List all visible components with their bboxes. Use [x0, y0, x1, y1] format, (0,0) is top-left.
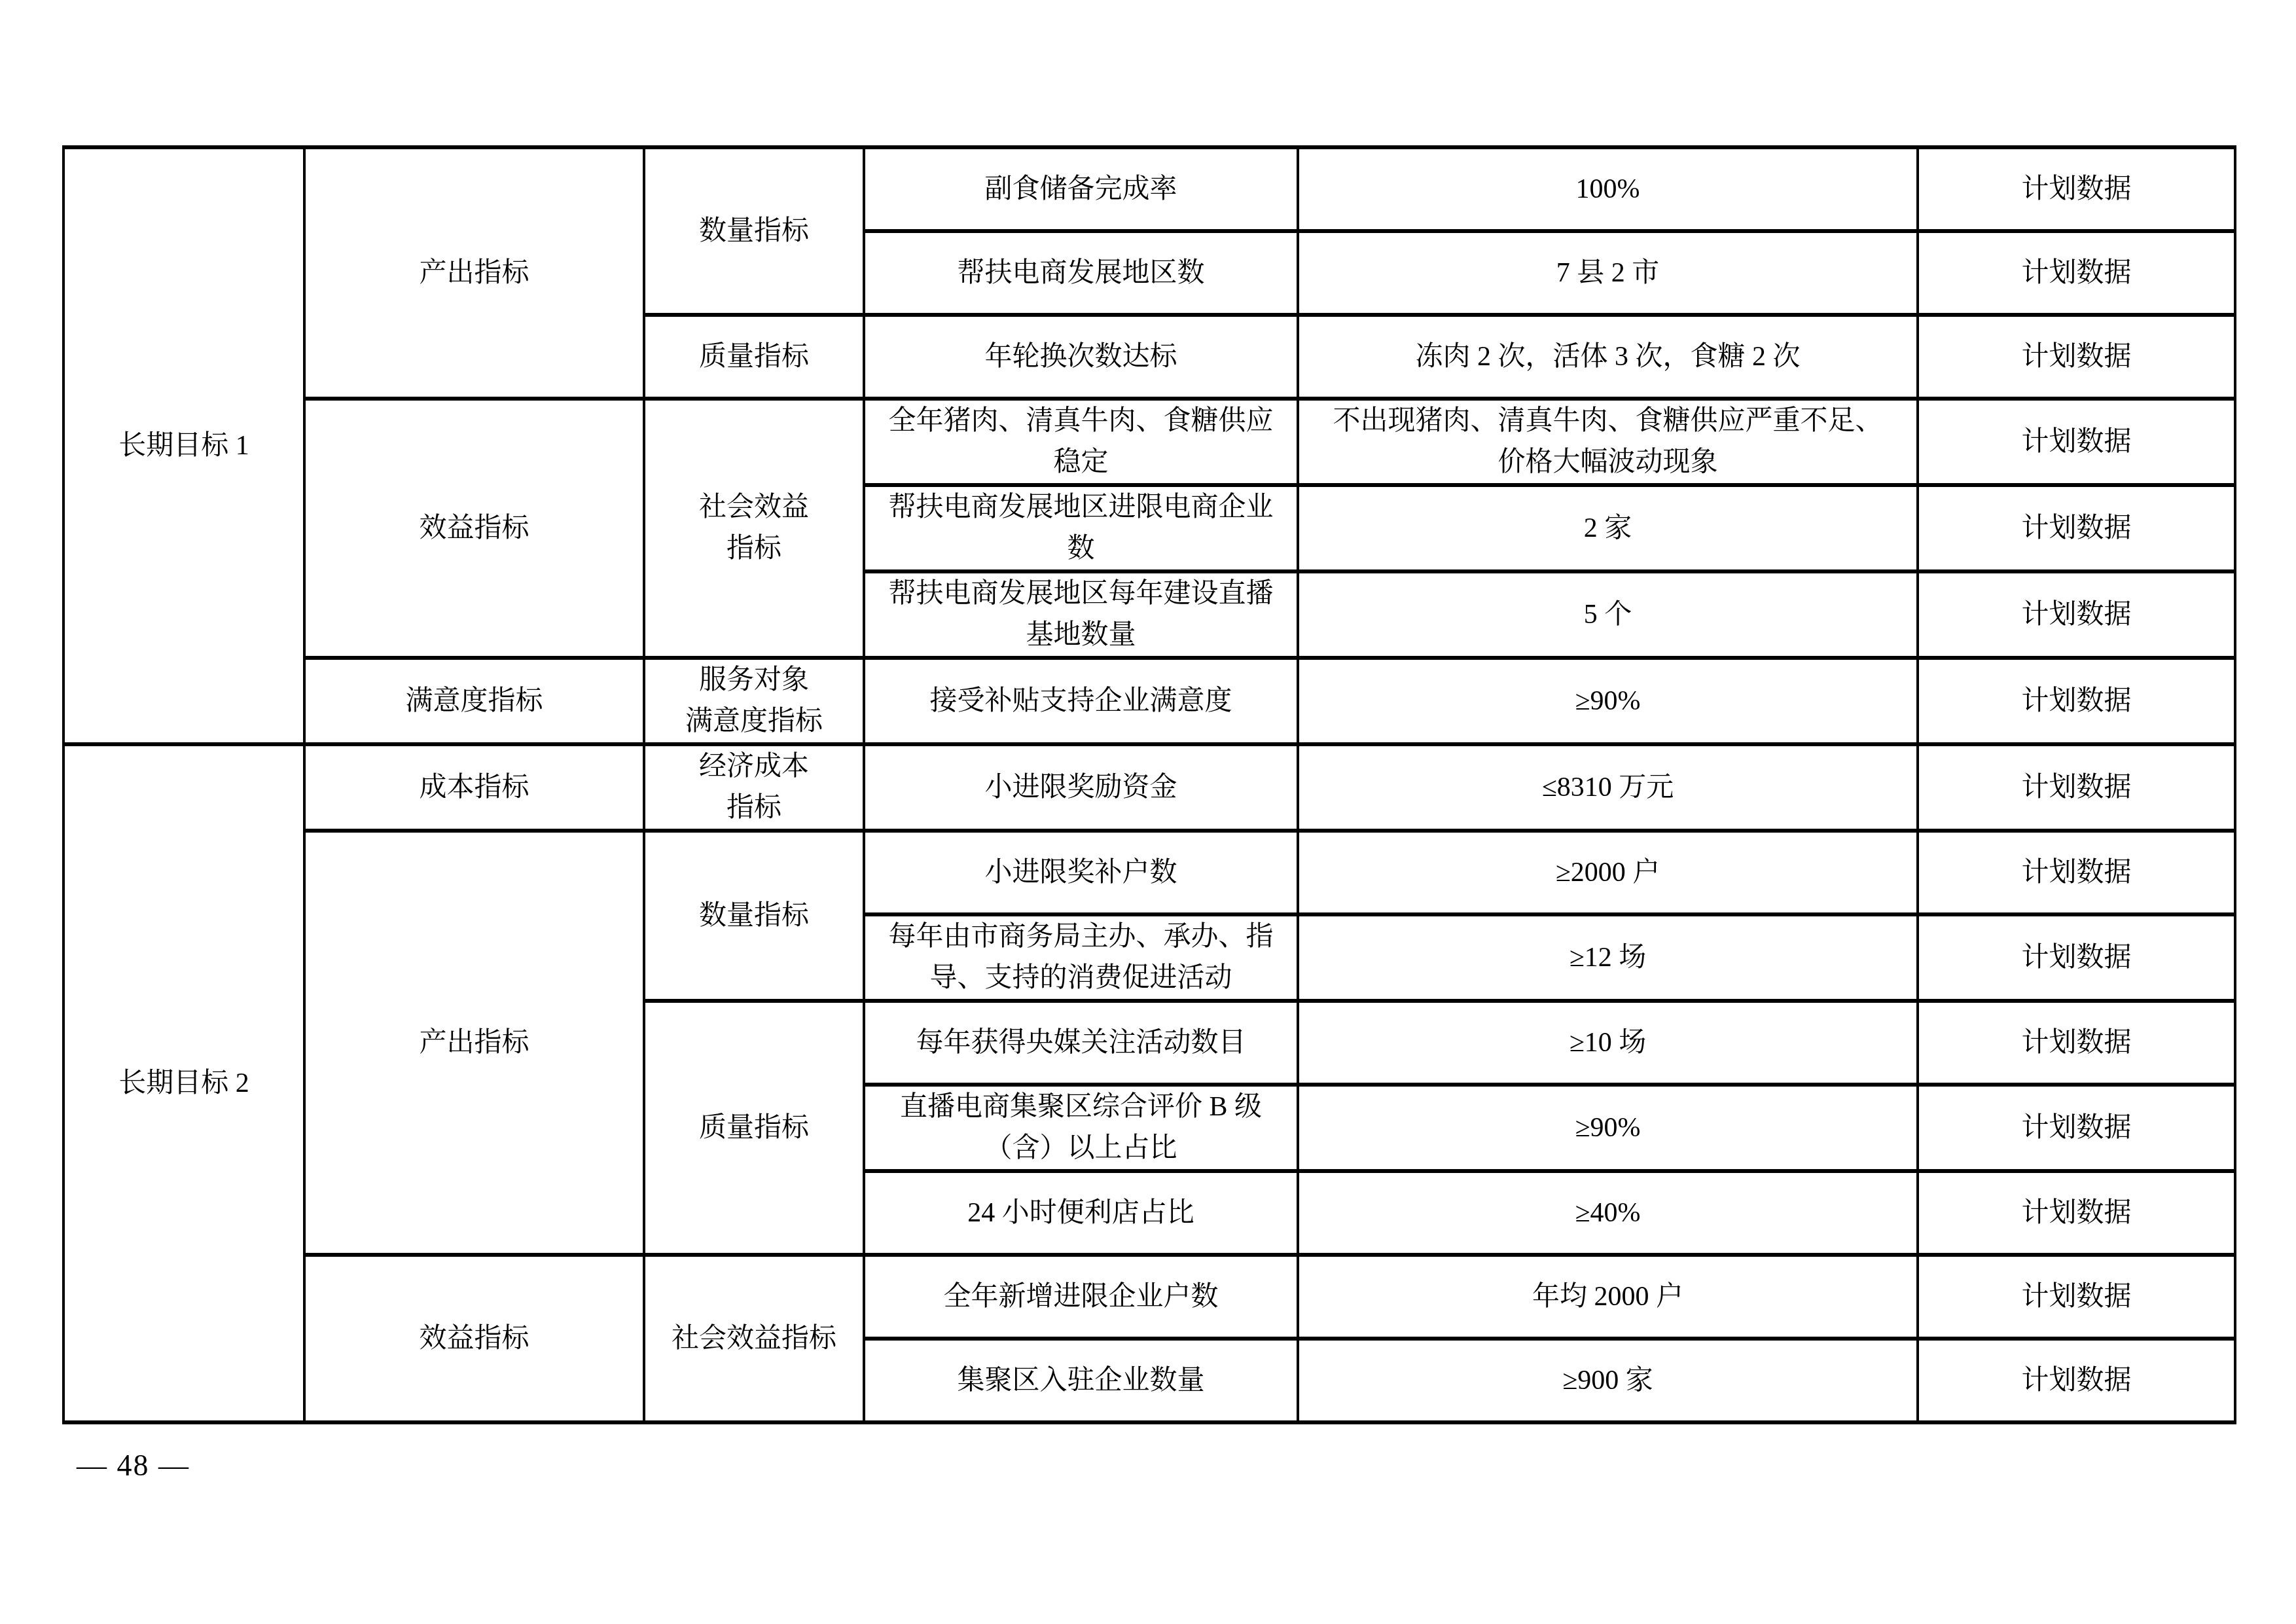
data-source-cell: 计划数据	[1918, 399, 2235, 485]
indicator-value-cell: ≤8310 万元	[1298, 744, 1918, 831]
performance-indicators-table: 长期目标 1 产出指标 数量指标 副食储备完成率 100% 计划数据 帮扶电商发…	[62, 145, 2236, 1424]
table-row: 产出指标 数量指标 小进限奖补户数 ≥2000 户 计划数据	[63, 831, 2235, 914]
indicator-value-cell: 不出现猪肉、清真牛肉、食糖供应严重不足、 价格大幅波动现象	[1298, 399, 1918, 485]
indicator-value-cell: 年均 2000 户	[1298, 1255, 1918, 1339]
indicator-name-cell: 全年新增进限企业户数	[864, 1255, 1298, 1339]
table-row: 效益指标 社会效益指标 全年新增进限企业户数 年均 2000 户 计划数据	[63, 1255, 2235, 1339]
indicator-name-cell: 小进限奖补户数	[864, 831, 1298, 914]
table-row: 长期目标 2 成本指标 经济成本 指标 小进限奖励资金 ≤8310 万元 计划数…	[63, 744, 2235, 831]
indicator-value-cell: ≥10 场	[1298, 1001, 1918, 1085]
category-cost-cell: 成本指标	[304, 744, 644, 831]
data-source-cell: 计划数据	[1918, 1001, 2235, 1085]
indicator-name-cell: 帮扶电商发展地区数	[864, 231, 1298, 315]
indicator-name-cell: 帮扶电商发展地区进限电商企业 数	[864, 485, 1298, 571]
sub-social-benefit-cell: 社会效益 指标	[644, 399, 864, 658]
data-source-cell: 计划数据	[1918, 485, 2235, 571]
indicator-value-cell: ≥900 家	[1298, 1339, 1918, 1422]
data-source-cell: 计划数据	[1918, 1171, 2235, 1255]
category-satisfaction-cell: 满意度指标	[304, 658, 644, 744]
indicator-value-cell: ≥90%	[1298, 1085, 1918, 1171]
indicator-name-cell: 直播电商集聚区综合评价 B 级 （含）以上占比	[864, 1085, 1298, 1171]
indicator-value-cell: ≥12 场	[1298, 914, 1918, 1001]
data-source-cell: 计划数据	[1918, 914, 2235, 1001]
data-source-cell: 计划数据	[1918, 658, 2235, 744]
sub-service-satisfaction-cell: 服务对象 满意度指标	[644, 658, 864, 744]
goal-1-cell: 长期目标 1	[63, 147, 304, 744]
category-output-cell: 产出指标	[304, 831, 644, 1255]
indicator-name-cell: 年轮换次数达标	[864, 315, 1298, 399]
data-source-cell: 计划数据	[1918, 831, 2235, 914]
table-row: 长期目标 1 产出指标 数量指标 副食储备完成率 100% 计划数据	[63, 147, 2235, 231]
indicator-name-cell: 接受补贴支持企业满意度	[864, 658, 1298, 744]
indicator-name-cell: 小进限奖励资金	[864, 744, 1298, 831]
indicator-value-cell: 5 个	[1298, 571, 1918, 658]
sub-social-benefit-cell: 社会效益指标	[644, 1255, 864, 1422]
indicator-value-cell: 2 家	[1298, 485, 1918, 571]
indicator-name-cell: 帮扶电商发展地区每年建设直播 基地数量	[864, 571, 1298, 658]
data-source-cell: 计划数据	[1918, 315, 2235, 399]
category-benefit-cell: 效益指标	[304, 399, 644, 658]
indicator-value-cell: ≥2000 户	[1298, 831, 1918, 914]
sub-quantity-cell: 数量指标	[644, 831, 864, 1001]
category-output-cell: 产出指标	[304, 147, 644, 399]
indicator-name-cell: 集聚区入驻企业数量	[864, 1339, 1298, 1422]
table-row: 效益指标 社会效益 指标 全年猪肉、清真牛肉、食糖供应 稳定 不出现猪肉、清真牛…	[63, 399, 2235, 485]
data-source-cell: 计划数据	[1918, 231, 2235, 315]
sub-quality-cell: 质量指标	[644, 1001, 864, 1255]
data-source-cell: 计划数据	[1918, 147, 2235, 231]
indicator-value-cell: 100%	[1298, 147, 1918, 231]
document-page: 长期目标 1 产出指标 数量指标 副食储备完成率 100% 计划数据 帮扶电商发…	[0, 0, 2296, 1624]
data-source-cell: 计划数据	[1918, 1085, 2235, 1171]
indicator-name-cell: 全年猪肉、清真牛肉、食糖供应 稳定	[864, 399, 1298, 485]
indicator-name-cell: 副食储备完成率	[864, 147, 1298, 231]
data-source-cell: 计划数据	[1918, 1255, 2235, 1339]
indicator-value-cell: 7 县 2 市	[1298, 231, 1918, 315]
sub-quality-cell: 质量指标	[644, 315, 864, 399]
page-number: — 48 —	[77, 1448, 190, 1483]
indicator-name-cell: 每年由市商务局主办、承办、指 导、支持的消费促进活动	[864, 914, 1298, 1001]
indicator-value-cell: 冻肉 2 次，活体 3 次，食糖 2 次	[1298, 315, 1918, 399]
sub-quantity-cell: 数量指标	[644, 147, 864, 315]
goal-2-cell: 长期目标 2	[63, 744, 304, 1422]
data-source-cell: 计划数据	[1918, 1339, 2235, 1422]
indicator-value-cell: ≥40%	[1298, 1171, 1918, 1255]
sub-economic-cost-cell: 经济成本 指标	[644, 744, 864, 831]
indicator-name-cell: 每年获得央媒关注活动数目	[864, 1001, 1298, 1085]
table-row: 满意度指标 服务对象 满意度指标 接受补贴支持企业满意度 ≥90% 计划数据	[63, 658, 2235, 744]
indicator-name-cell: 24 小时便利店占比	[864, 1171, 1298, 1255]
data-source-cell: 计划数据	[1918, 744, 2235, 831]
data-source-cell: 计划数据	[1918, 571, 2235, 658]
indicator-value-cell: ≥90%	[1298, 658, 1918, 744]
category-benefit-cell: 效益指标	[304, 1255, 644, 1422]
